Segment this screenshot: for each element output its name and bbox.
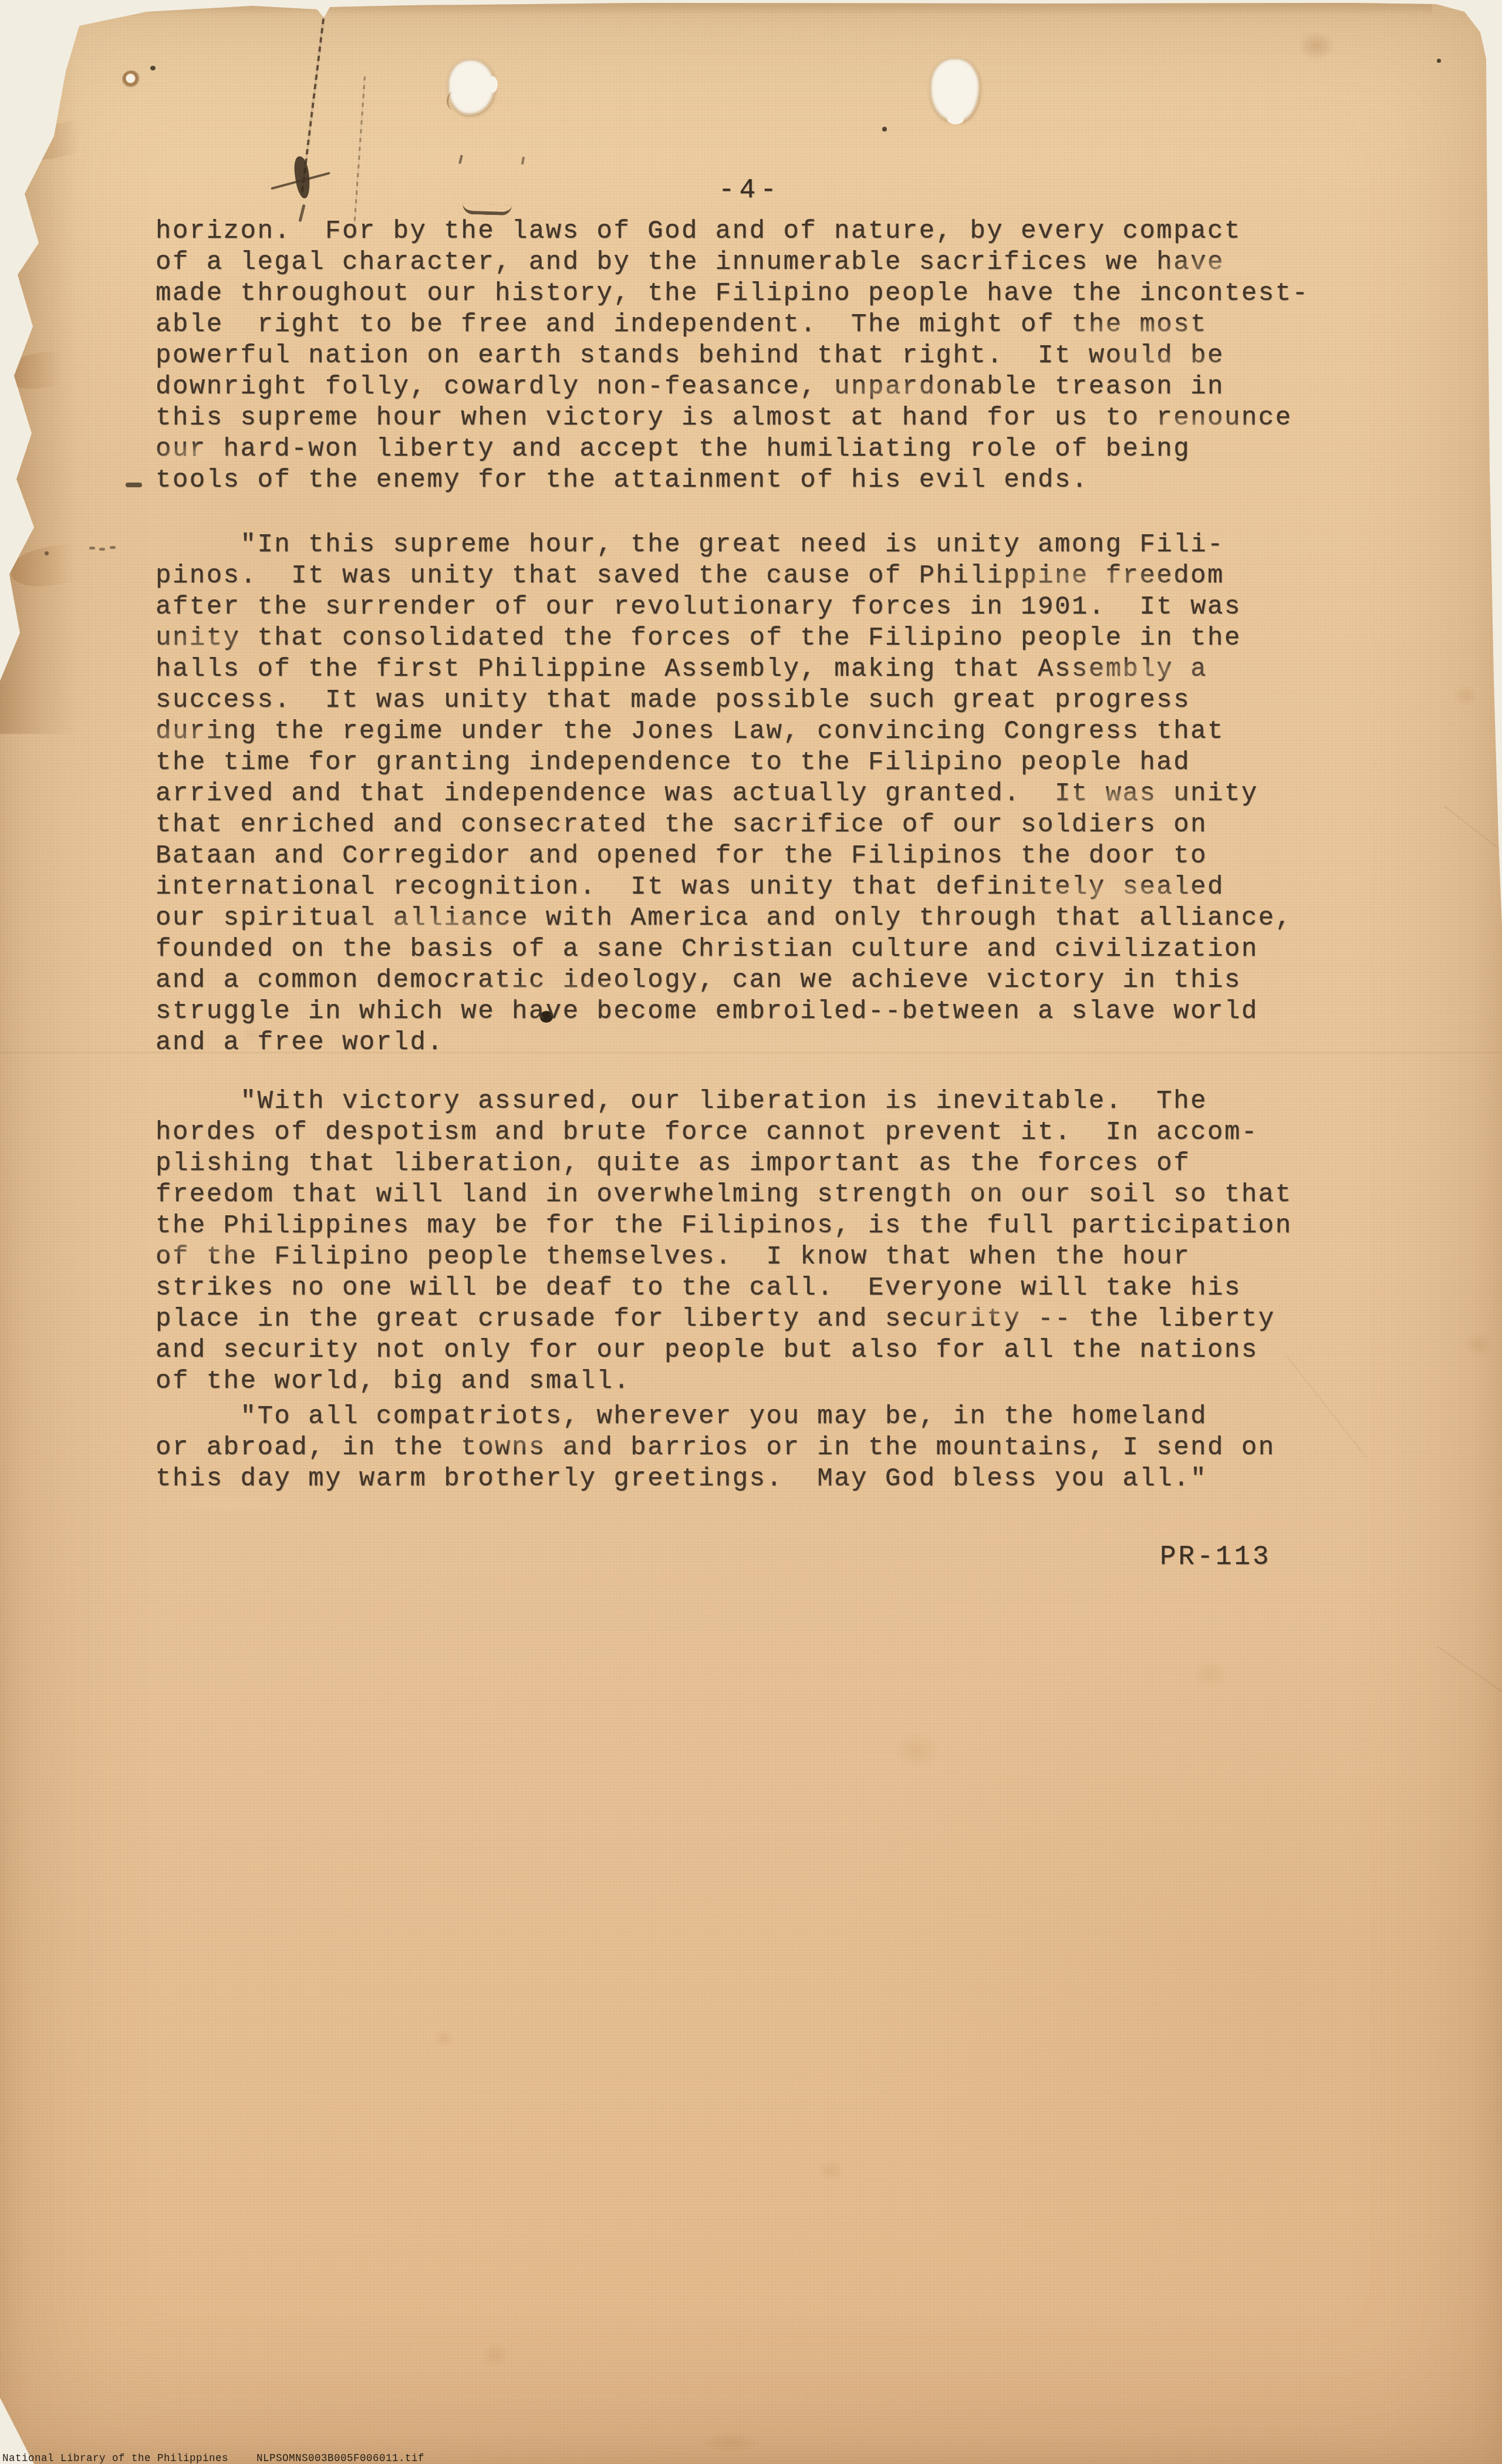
- text-line: of the world, big and small.: [156, 1366, 1292, 1397]
- text-line: hordes of despotism and brute force cann…: [156, 1117, 1292, 1148]
- text-line: struggle in which we have become embroil…: [156, 996, 1292, 1027]
- text-line: the time for granting independence to th…: [156, 747, 1292, 778]
- library-credit: National Library of the Philippines: [2, 2453, 228, 2464]
- punch-hole-rim: [447, 92, 460, 110]
- text-line: international recognition. It was unity …: [156, 872, 1292, 903]
- text-line: of the Filipino people themselves. I kno…: [156, 1242, 1292, 1273]
- text-line: strikes no one will be deaf to the call.…: [156, 1273, 1292, 1304]
- text-line: during the regime under the Jones Law, c…: [156, 716, 1292, 747]
- text-line: or abroad, in the towns and barrios or i…: [156, 1432, 1275, 1464]
- text-line: horizon. For by the laws of God and of n…: [156, 216, 1309, 247]
- text-line: "With victory assured, our liberation is…: [156, 1086, 1292, 1117]
- text-line: "To all compatriots, wherever you may be…: [156, 1401, 1275, 1432]
- paragraph: "With victory assured, our liberation is…: [156, 1086, 1292, 1397]
- margin-ink-speck: [8, 443, 16, 452]
- text-line: powerful nation on earth stands behind t…: [156, 341, 1309, 372]
- text-line: tools of the enemy for the attainment of…: [156, 465, 1309, 496]
- punch-hole-right: [930, 58, 980, 122]
- scan-filename: NLPSOMNS003B005F006011.tif: [256, 2453, 424, 2464]
- paragraph: "To all compatriots, wherever you may be…: [156, 1401, 1275, 1495]
- text-line: our spiritual alliance with America and …: [156, 903, 1292, 934]
- text-line: after the surrender of our revolutionary…: [156, 592, 1292, 623]
- text-line: pinos. It was unity that saved the cause…: [156, 561, 1292, 592]
- text-line: unity that consolidated the forces of th…: [156, 623, 1292, 654]
- text-line: able right to be free and independent. T…: [156, 309, 1309, 341]
- document-page: -4- horizon. For by the laws of God and …: [0, 0, 1502, 2464]
- typed-text: horizon. For by the laws of God and of n…: [0, 0, 1502, 2464]
- text-line: freedom that will land in overwhelming s…: [156, 1179, 1292, 1211]
- text-line: this day my warm brotherly greetings. Ma…: [156, 1464, 1275, 1495]
- punch-hole-ragged-edge: [947, 114, 964, 124]
- text-line: founded on the basis of a sane Christian…: [156, 934, 1292, 965]
- text-line: this supreme hour when victory is almost…: [156, 403, 1309, 434]
- text-line: our hard-won liberty and accept the humi…: [156, 434, 1309, 465]
- fold-crease-line: [0, 0, 1, 329]
- text-line: arrived and that independence was actual…: [156, 778, 1292, 810]
- text-line: Bataan and Corregidor and opened for the…: [156, 841, 1292, 872]
- text-line: plishing that liberation, quite as impor…: [156, 1148, 1292, 1179]
- scan-backdrop: -4- horizon. For by the laws of God and …: [0, 0, 1502, 2464]
- footer-bar: National Library of the Philippines NLPS…: [0, 2453, 1502, 2464]
- paragraph: "In this supreme hour, the great need is…: [156, 530, 1292, 1059]
- margin-ink-speck: [9, 429, 17, 437]
- text-line: that enriched and consecrated the sacrif…: [156, 810, 1292, 841]
- paragraph: horizon. For by the laws of God and of n…: [156, 216, 1309, 496]
- text-line: of a legal character, and by the innumer…: [156, 247, 1309, 278]
- punch-hole-ragged-edge: [487, 76, 498, 93]
- text-line: downright folly, cowardly non-feasance, …: [156, 372, 1309, 403]
- text-line: made throughout our history, the Filipin…: [156, 278, 1309, 309]
- text-line: and a common democratic ideology, can we…: [156, 965, 1292, 996]
- text-line: and a free world.: [156, 1027, 1292, 1059]
- text-line: "In this supreme hour, the great need is…: [156, 530, 1292, 561]
- text-line: success. It was unity that made possible…: [156, 685, 1292, 716]
- text-line: place in the great crusade for liberty a…: [156, 1304, 1292, 1335]
- text-line: the Philippines may be for the Filipinos…: [156, 1211, 1292, 1242]
- text-line: halls of the first Philippine Assembly, …: [156, 654, 1292, 685]
- release-code: PR-113: [1160, 1542, 1271, 1572]
- text-line: and security not only for our people but…: [156, 1335, 1292, 1366]
